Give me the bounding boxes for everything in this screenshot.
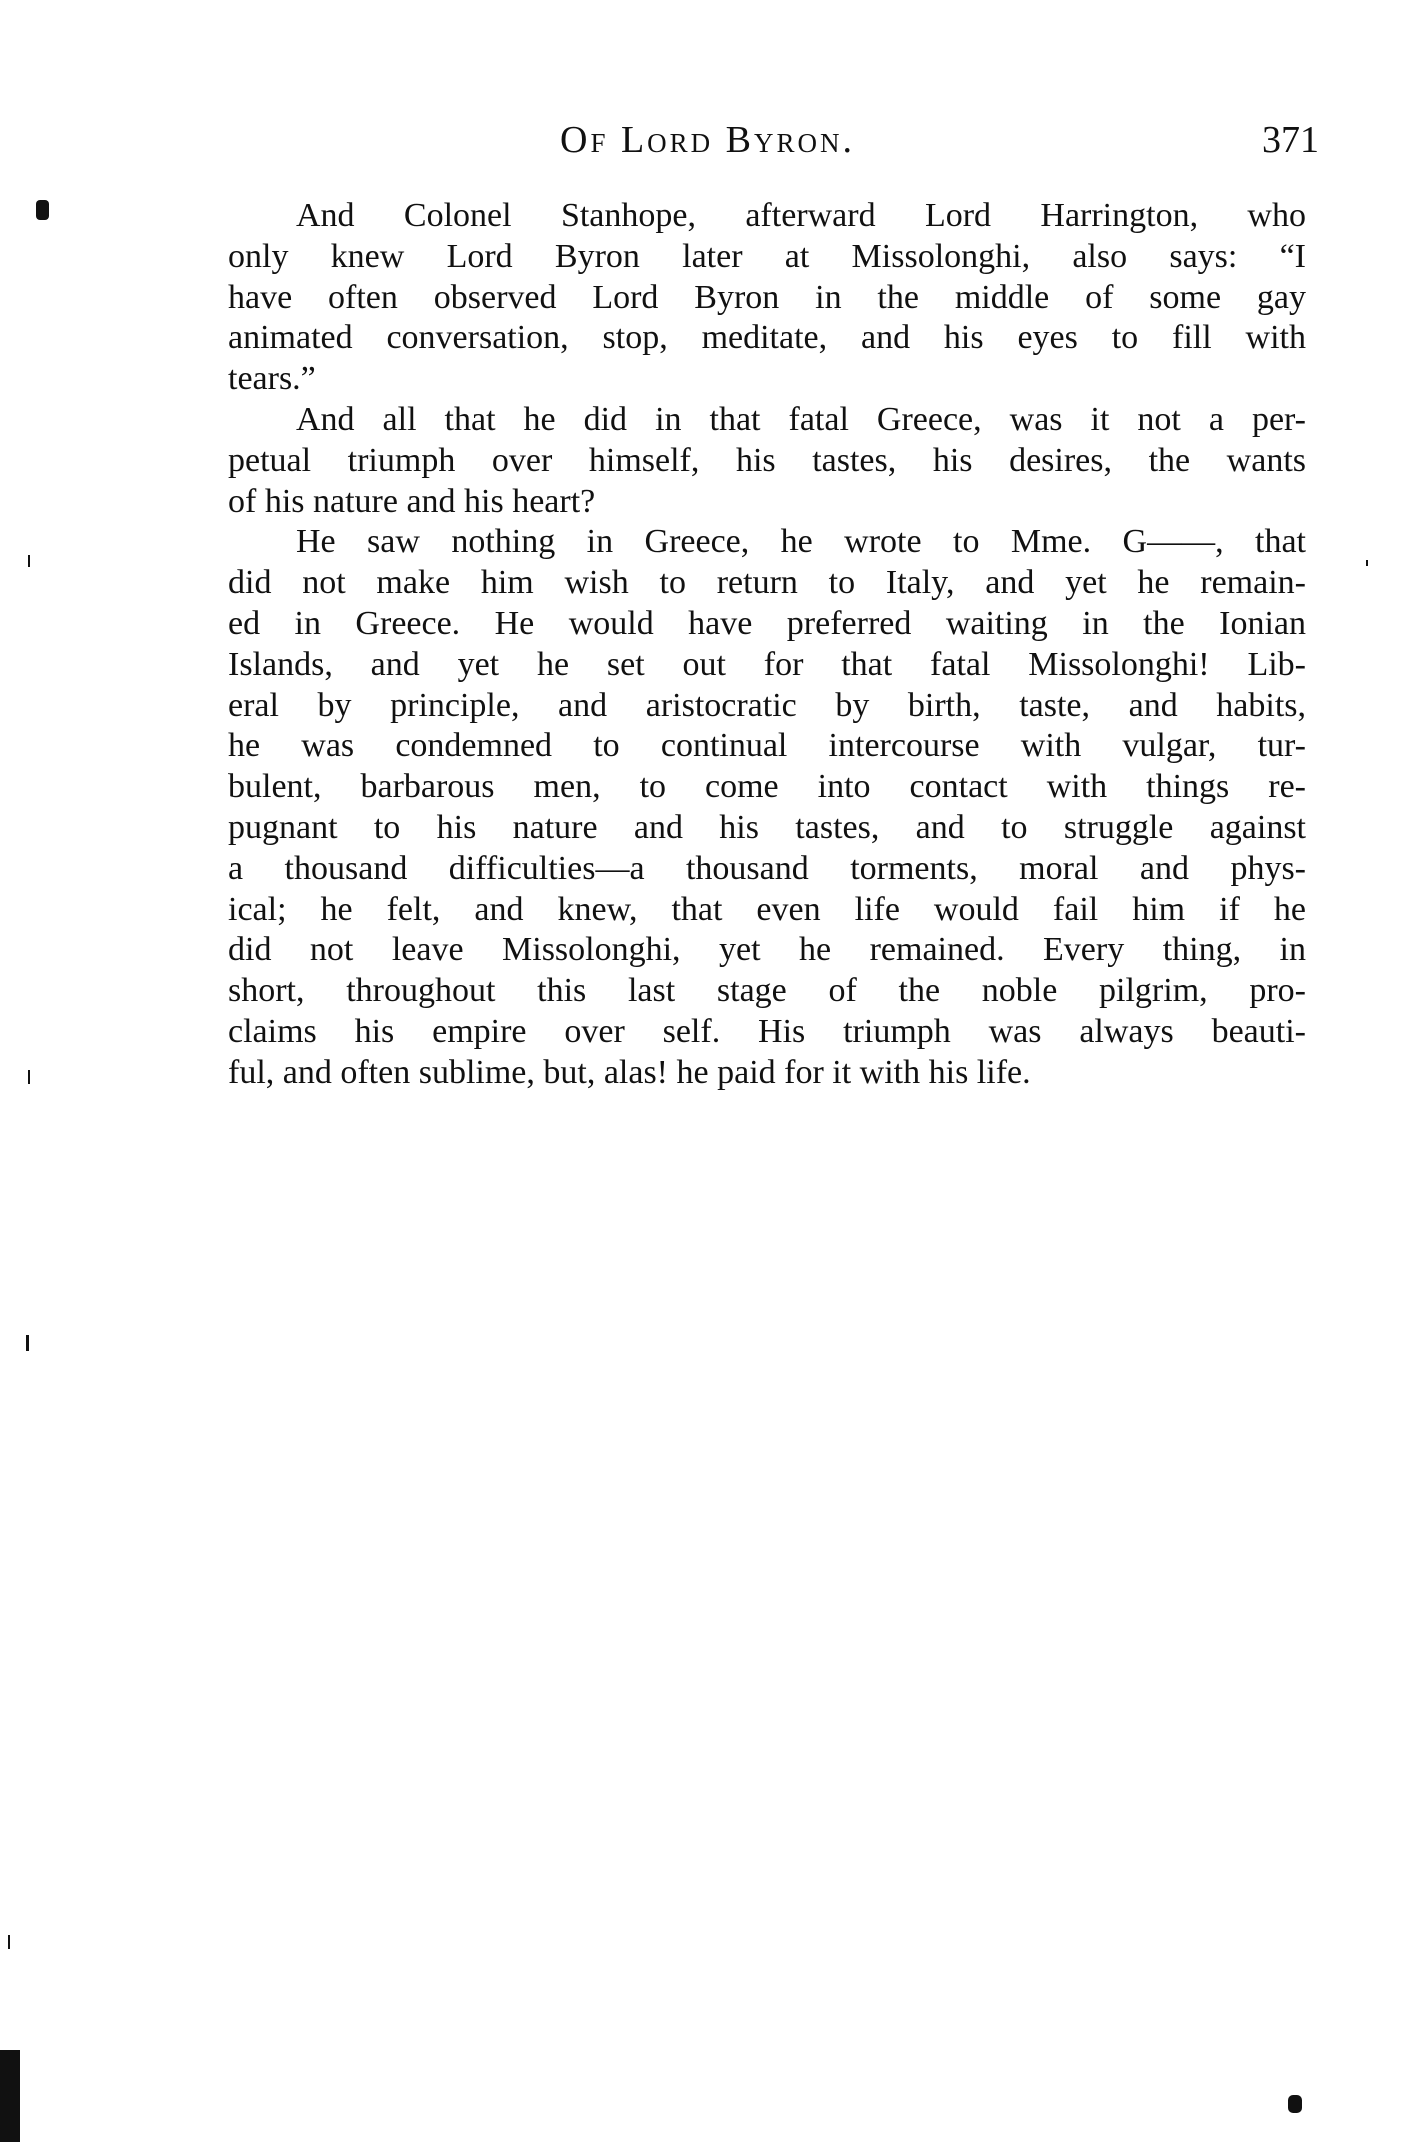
text-line: Islands, and yet he set out for that fat… xyxy=(228,645,1306,686)
text-line: short, throughout this last stage of the… xyxy=(228,971,1306,1012)
text-line: tears.” xyxy=(228,359,1306,400)
text-line: petual triumph over himself, his tastes,… xyxy=(228,441,1306,482)
text-line: have often observed Lord Byron in the mi… xyxy=(228,278,1306,319)
text-line: pugnant to his nature and his tastes, an… xyxy=(228,808,1306,849)
page-number: 371 xyxy=(1262,118,1319,162)
text-line: ed in Greece. He would have preferred wa… xyxy=(228,604,1306,645)
scan-speck xyxy=(26,1335,29,1351)
text-line: And all that he did in that fatal Greece… xyxy=(228,400,1306,441)
text-line: of his nature and his heart? xyxy=(228,482,1306,523)
page-header: Of Lord Byron. 371 xyxy=(0,118,1409,168)
text-line: did not make him wish to return to Italy… xyxy=(228,563,1306,604)
text-line: ful, and often sublime, but, alas! he pa… xyxy=(228,1053,1306,1094)
text-line: animated conversation, stop, meditate, a… xyxy=(228,318,1306,359)
text-line: he was condemned to continual intercours… xyxy=(228,726,1306,767)
paragraph: He saw nothing in Greece, he wrote to Mm… xyxy=(228,522,1306,1093)
text-line: ical; he felt, and knew, that even life … xyxy=(228,890,1306,931)
text-line: And Colonel Stanhope, afterward Lord Har… xyxy=(228,196,1306,237)
text-line: eral by principle, and aristocratic by b… xyxy=(228,686,1306,727)
scan-speck xyxy=(28,555,30,567)
paragraph: And all that he did in that fatal Greece… xyxy=(228,400,1306,522)
text-line: He saw nothing in Greece, he wrote to Mm… xyxy=(228,522,1306,563)
scan-speck xyxy=(36,200,49,220)
running-title: Of Lord Byron. xyxy=(560,118,855,162)
body-text: And Colonel Stanhope, afterward Lord Har… xyxy=(228,196,1306,1094)
text-line: claims his empire over self. His triumph… xyxy=(228,1012,1306,1053)
text-line: did not leave Missolonghi, yet he remain… xyxy=(228,930,1306,971)
scan-speck xyxy=(1366,560,1368,566)
scan-speck xyxy=(28,1070,30,1084)
text-line: bulent, barbarous men, to come into cont… xyxy=(228,767,1306,808)
scan-edge xyxy=(0,2050,20,2142)
scan-speck xyxy=(1288,2095,1302,2113)
text-line: a thousand difficulties—a thousand torme… xyxy=(228,849,1306,890)
paragraph: And Colonel Stanhope, afterward Lord Har… xyxy=(228,196,1306,400)
scan-speck xyxy=(8,1935,10,1949)
text-line: only knew Lord Byron later at Missolongh… xyxy=(228,237,1306,278)
